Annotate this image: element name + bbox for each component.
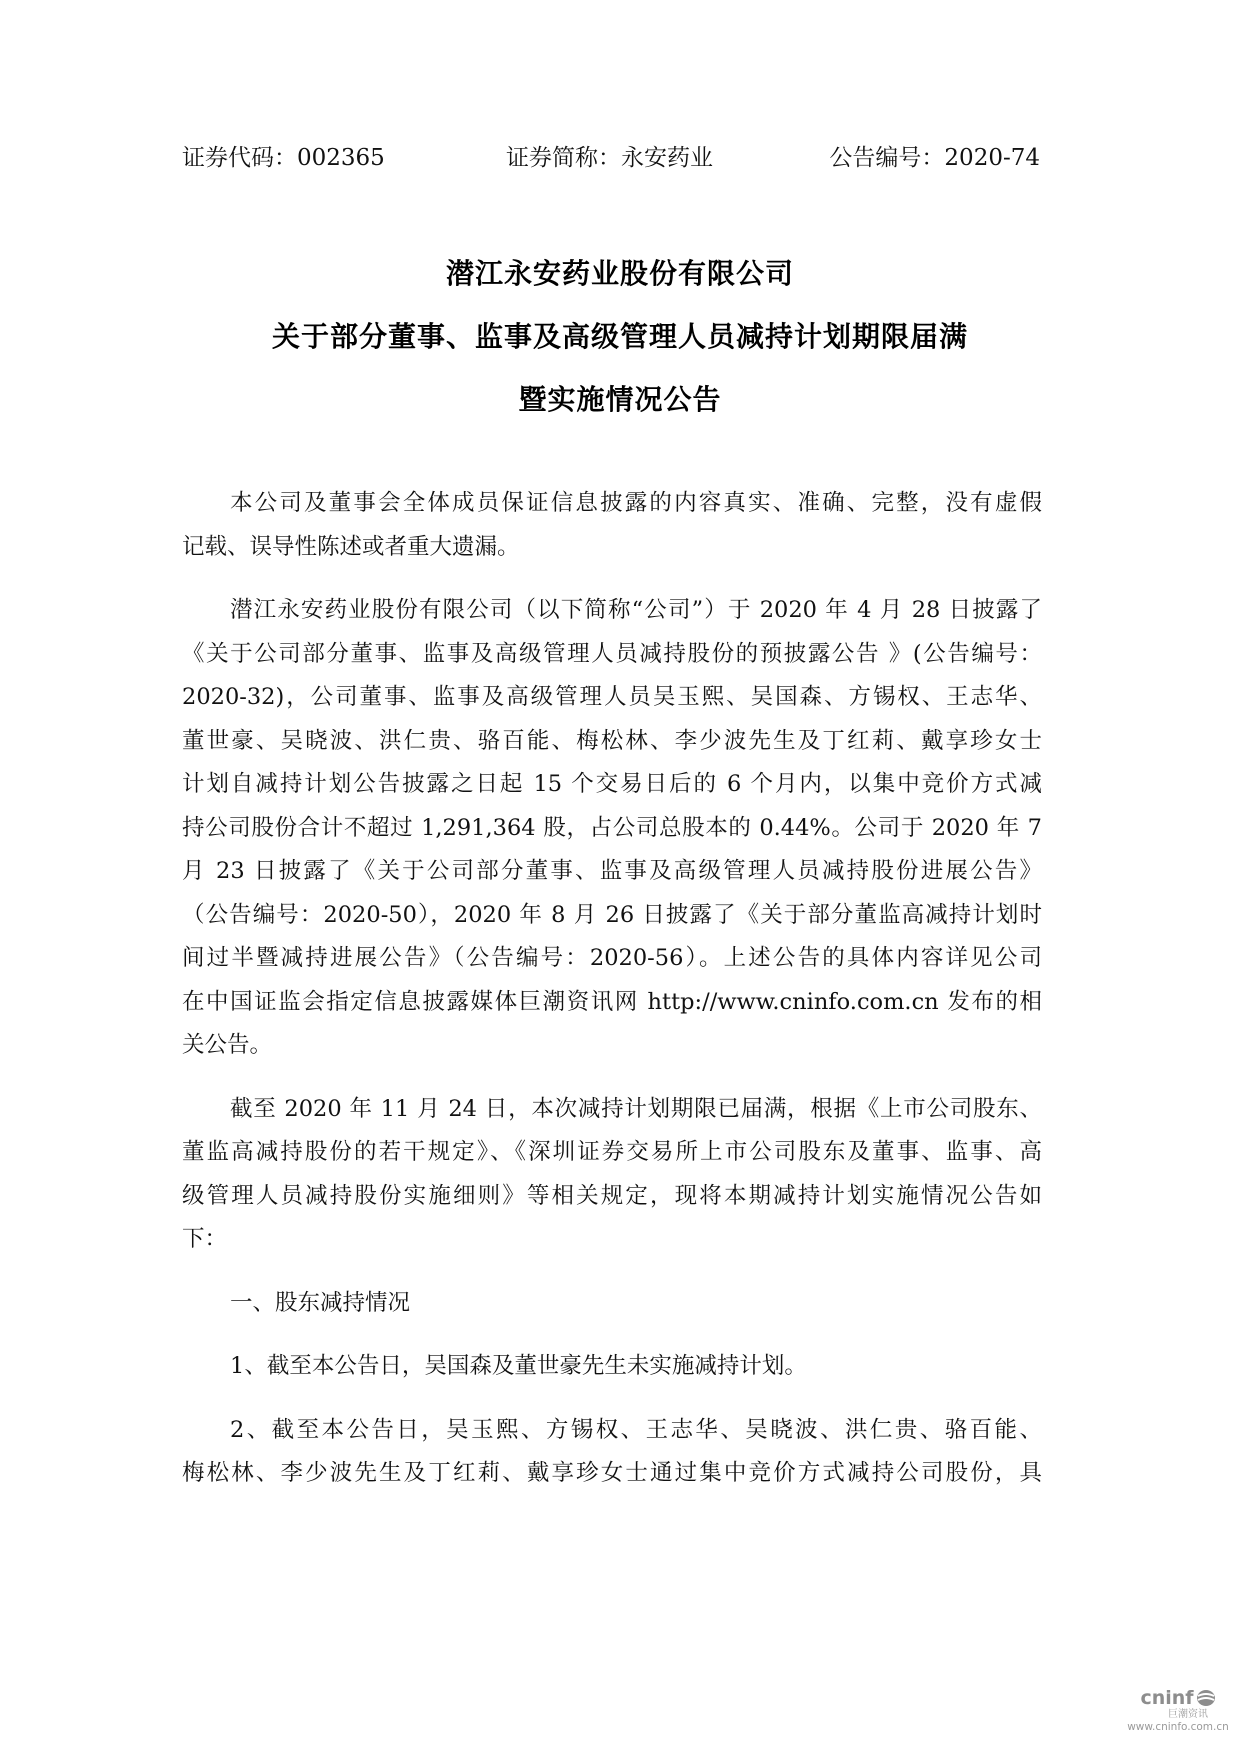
text-line: 董世豪、吴晓波、洪仁贵、骆百能、梅松林、李少波先生及丁红莉、戴享珍女士 [182, 720, 1042, 764]
text-line: 在中国证监会指定信息披露媒体巨潮资讯网 http://www.cninfo.co… [182, 981, 1042, 1025]
text-line: 截至 2020 年 11 月 24 日，本次减持计划期限已届满，根据《上市公司股… [182, 1088, 1042, 1132]
text-line: 持公司股份合计不超过 1,291,364 股，占公司总股本的 0.44%。公司于… [182, 807, 1042, 851]
document-body: 本公司及董事会全体成员保证信息披露的内容真实、准确、完整，没有虚假 记载、误导性… [182, 482, 1042, 1516]
paragraph-item-2: 2、截至本公告日，吴玉熙、方锡权、王志华、吴晓波、洪仁贵、骆百能、 梅松林、李少… [182, 1409, 1042, 1496]
section-heading: 一、股东减持情况 [182, 1282, 1042, 1326]
document-page: 证券代码：002365 证券简称：永安药业 公告编号：2020-74 潜江永安药… [0, 0, 1240, 1754]
text-line: 本公司及董事会全体成员保证信息披露的内容真实、准确、完整，没有虚假 [182, 482, 1042, 526]
section-heading-shareholder-reduction: 一、股东减持情况 [182, 1282, 1042, 1326]
brand-url: www.cninfo.com.cn [1122, 1721, 1234, 1734]
document-header: 证券代码：002365 证券简称：永安药业 公告编号：2020-74 [182, 140, 1040, 176]
cninfo-brand: cninf [1122, 1688, 1234, 1708]
security-abbreviation: 证券简称：永安药业 [506, 140, 713, 176]
paragraph-item-1: 1、截至本公告日，吴国森及董世豪先生未实施减持计划。 [182, 1345, 1042, 1389]
paragraph-background: 潜江永安药业股份有限公司（以下简称“公司”）于 2020 年 4 月 28 日披… [182, 589, 1042, 1068]
title-line-suffix: 暨实施情况公告 [0, 368, 1240, 431]
text-line: 2、截至本公告日，吴玉熙、方锡权、王志华、吴晓波、洪仁贵、骆百能、 [182, 1409, 1042, 1453]
text-line: （公告编号：2020-50），2020 年 8 月 26 日披露了《关于部分董监… [182, 894, 1042, 938]
text-line: 梅松林、李少波先生及丁红莉、戴享珍女士通过集中竞价方式减持公司股份，具 [182, 1452, 1042, 1496]
title-line-company: 潜江永安药业股份有限公司 [0, 242, 1240, 305]
text-line: 级管理人员减持股份实施细则》等相关规定，现将本期减持计划实施情况公告如 [182, 1175, 1042, 1219]
paragraph-plan-expiry: 截至 2020 年 11 月 24 日，本次减持计划期限已届满，根据《上市公司股… [182, 1088, 1042, 1262]
announcement-number: 公告编号：2020-74 [829, 140, 1040, 176]
cninfo-wave-icon [1196, 1689, 1216, 1707]
security-code: 证券代码：002365 [182, 140, 385, 176]
text-line: 2020-32)，公司董事、监事及高级管理人员吴玉熙、吴国森、方锡权、王志华、 [182, 676, 1042, 720]
text-line: 《关于公司部分董事、监事及高级管理人员减持股份的预披露公告 》(公告编号： [182, 633, 1042, 677]
text-line: 1、截至本公告日，吴国森及董世豪先生未实施减持计划。 [182, 1345, 1042, 1389]
text-line: 计划自减持计划公告披露之日起 15 个交易日后的 6 个月内，以集中竞价方式减 [182, 763, 1042, 807]
text-line: 记载、误导性陈述或者重大遗漏。 [182, 526, 1042, 570]
brand-text: cninf [1140, 1688, 1193, 1708]
document-title: 潜江永安药业股份有限公司 关于部分董事、监事及高级管理人员减持计划期限届满 暨实… [0, 242, 1240, 431]
brand-chinese-name: 巨潮资讯 [1122, 1708, 1234, 1721]
text-line: 间过半暨减持进展公告》（公告编号：2020-56）。上述公告的具体内容详见公司 [182, 937, 1042, 981]
text-line: 下： [182, 1218, 1042, 1262]
text-line: 关公告。 [182, 1024, 1042, 1068]
text-line: 月 23 日披露了《关于公司部分董事、监事及高级管理人员减持股份进展公告》 [182, 850, 1042, 894]
paragraph-disclaimer: 本公司及董事会全体成员保证信息披露的内容真实、准确、完整，没有虚假 记载、误导性… [182, 482, 1042, 569]
cninfo-watermark: cninf 巨潮资讯 www.cninfo.com.cn [1122, 1688, 1234, 1734]
text-line: 董监高减持股份的若干规定》、《深圳证券交易所上市公司股东及董事、监事、高 [182, 1131, 1042, 1175]
title-line-subject: 关于部分董事、监事及高级管理人员减持计划期限届满 [0, 305, 1240, 368]
text-line: 潜江永安药业股份有限公司（以下简称“公司”）于 2020 年 4 月 28 日披… [182, 589, 1042, 633]
